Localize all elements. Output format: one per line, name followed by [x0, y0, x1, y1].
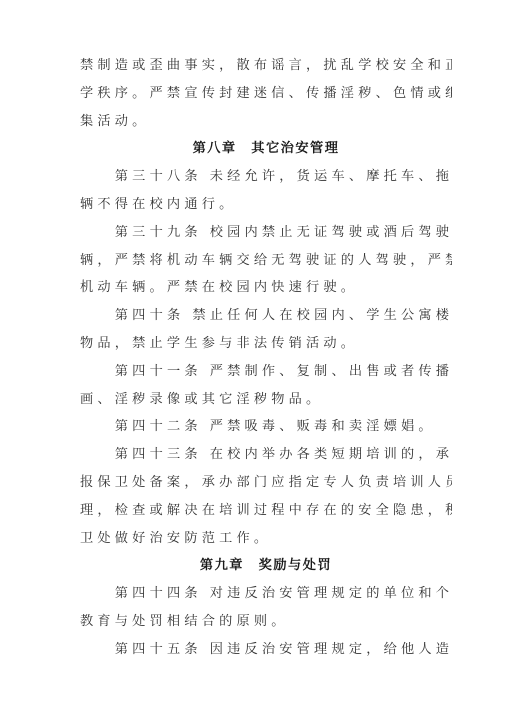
- article-41: 第四十一条严禁制作、复制、出售或者传播淫书、淫: [80, 358, 452, 386]
- document-page: 禁制造或歪曲事实，散布谣言，扰乱学校安全和正常教育教 学秩序。严禁宣传封建迷信、…: [80, 52, 452, 664]
- article-number: 第四十一条: [115, 364, 202, 379]
- article-39: 第三十九条校园内禁止无证驾驶或酒后驾驶机动车: [80, 219, 452, 247]
- article-number: 第四十三条: [115, 447, 202, 462]
- article-text: 因违反治安管理规定，给他人造成损失或: [210, 642, 452, 657]
- article-text: 校园内禁止无证驾驶或酒后驾驶机动车: [210, 225, 452, 240]
- article-number: 第四十条: [115, 308, 185, 323]
- article-text: 禁止任何人在校园内、学生公寓楼非法兜售: [192, 308, 452, 323]
- paragraph-line: 教育与处罚相结合的原则。: [80, 608, 452, 636]
- chapter-heading-8: 第八章 其它治安管理: [80, 135, 452, 163]
- paragraph-line: 禁制造或歪曲事实，散布谣言，扰乱学校安全和正常教育教: [80, 52, 452, 80]
- article-45: 第四十五条因违反治安管理规定，给他人造成损失或: [80, 636, 452, 664]
- article-text: 严禁制作、复制、出售或者传播淫书、淫: [210, 364, 452, 379]
- paragraph-line: 物品，禁止学生参与非法传销活动。: [80, 330, 452, 358]
- article-number: 第三十九条: [115, 225, 202, 240]
- article-number: 第四十四条: [115, 586, 202, 601]
- article-text: 未经允许，货运车、摩托车、拖拉机等车: [210, 169, 452, 184]
- article-text: 对违反治安管理规定的单位和个人，坚持: [210, 586, 452, 601]
- chapter-heading-9: 第九章 奖励与处罚: [80, 552, 452, 580]
- paragraph-line: 画、淫秽录像或其它淫秽物品。: [80, 386, 452, 414]
- article-text: 严禁吸毒、贩毒和卖淫嫖娼。: [210, 419, 436, 434]
- paragraph-line: 理，检查或解决在培训过程中存在的安全隐患，积极配合保: [80, 497, 452, 525]
- paragraph-line: 报保卫处备案，承办部门应指定专人负责培训人员的安全管: [80, 469, 452, 497]
- article-40: 第四十条禁止任何人在校园内、学生公寓楼非法兜售: [80, 302, 452, 330]
- article-number: 第四十五条: [115, 642, 202, 657]
- paragraph-line: 辆不得在校内通行。: [80, 191, 452, 219]
- paragraph-line: 辆，严禁将机动车辆交给无驾驶证的人驾驶，严禁偷开他人: [80, 247, 452, 275]
- article-44: 第四十四条对违反治安管理规定的单位和个人，坚持: [80, 580, 452, 608]
- article-38: 第三十八条未经允许，货运车、摩托车、拖拉机等车: [80, 163, 452, 191]
- article-text: 在校内举办各类短期培训的，承办部门应: [210, 447, 452, 462]
- paragraph-line: 学秩序。严禁宣传封建迷信、传播淫秽、色情或组织违法聚: [80, 80, 452, 108]
- paragraph-line: 卫处做好治安防范工作。: [80, 525, 452, 553]
- article-43: 第四十三条在校内举办各类短期培训的，承办部门应: [80, 441, 452, 469]
- paragraph-line: 集活动。: [80, 108, 452, 136]
- paragraph-line: 机动车辆。严禁在校园内快速行驶。: [80, 274, 452, 302]
- article-number: 第三十八条: [115, 169, 202, 184]
- article-number: 第四十二条: [115, 419, 202, 434]
- article-42: 第四十二条严禁吸毒、贩毒和卖淫嫖娼。: [80, 413, 452, 441]
